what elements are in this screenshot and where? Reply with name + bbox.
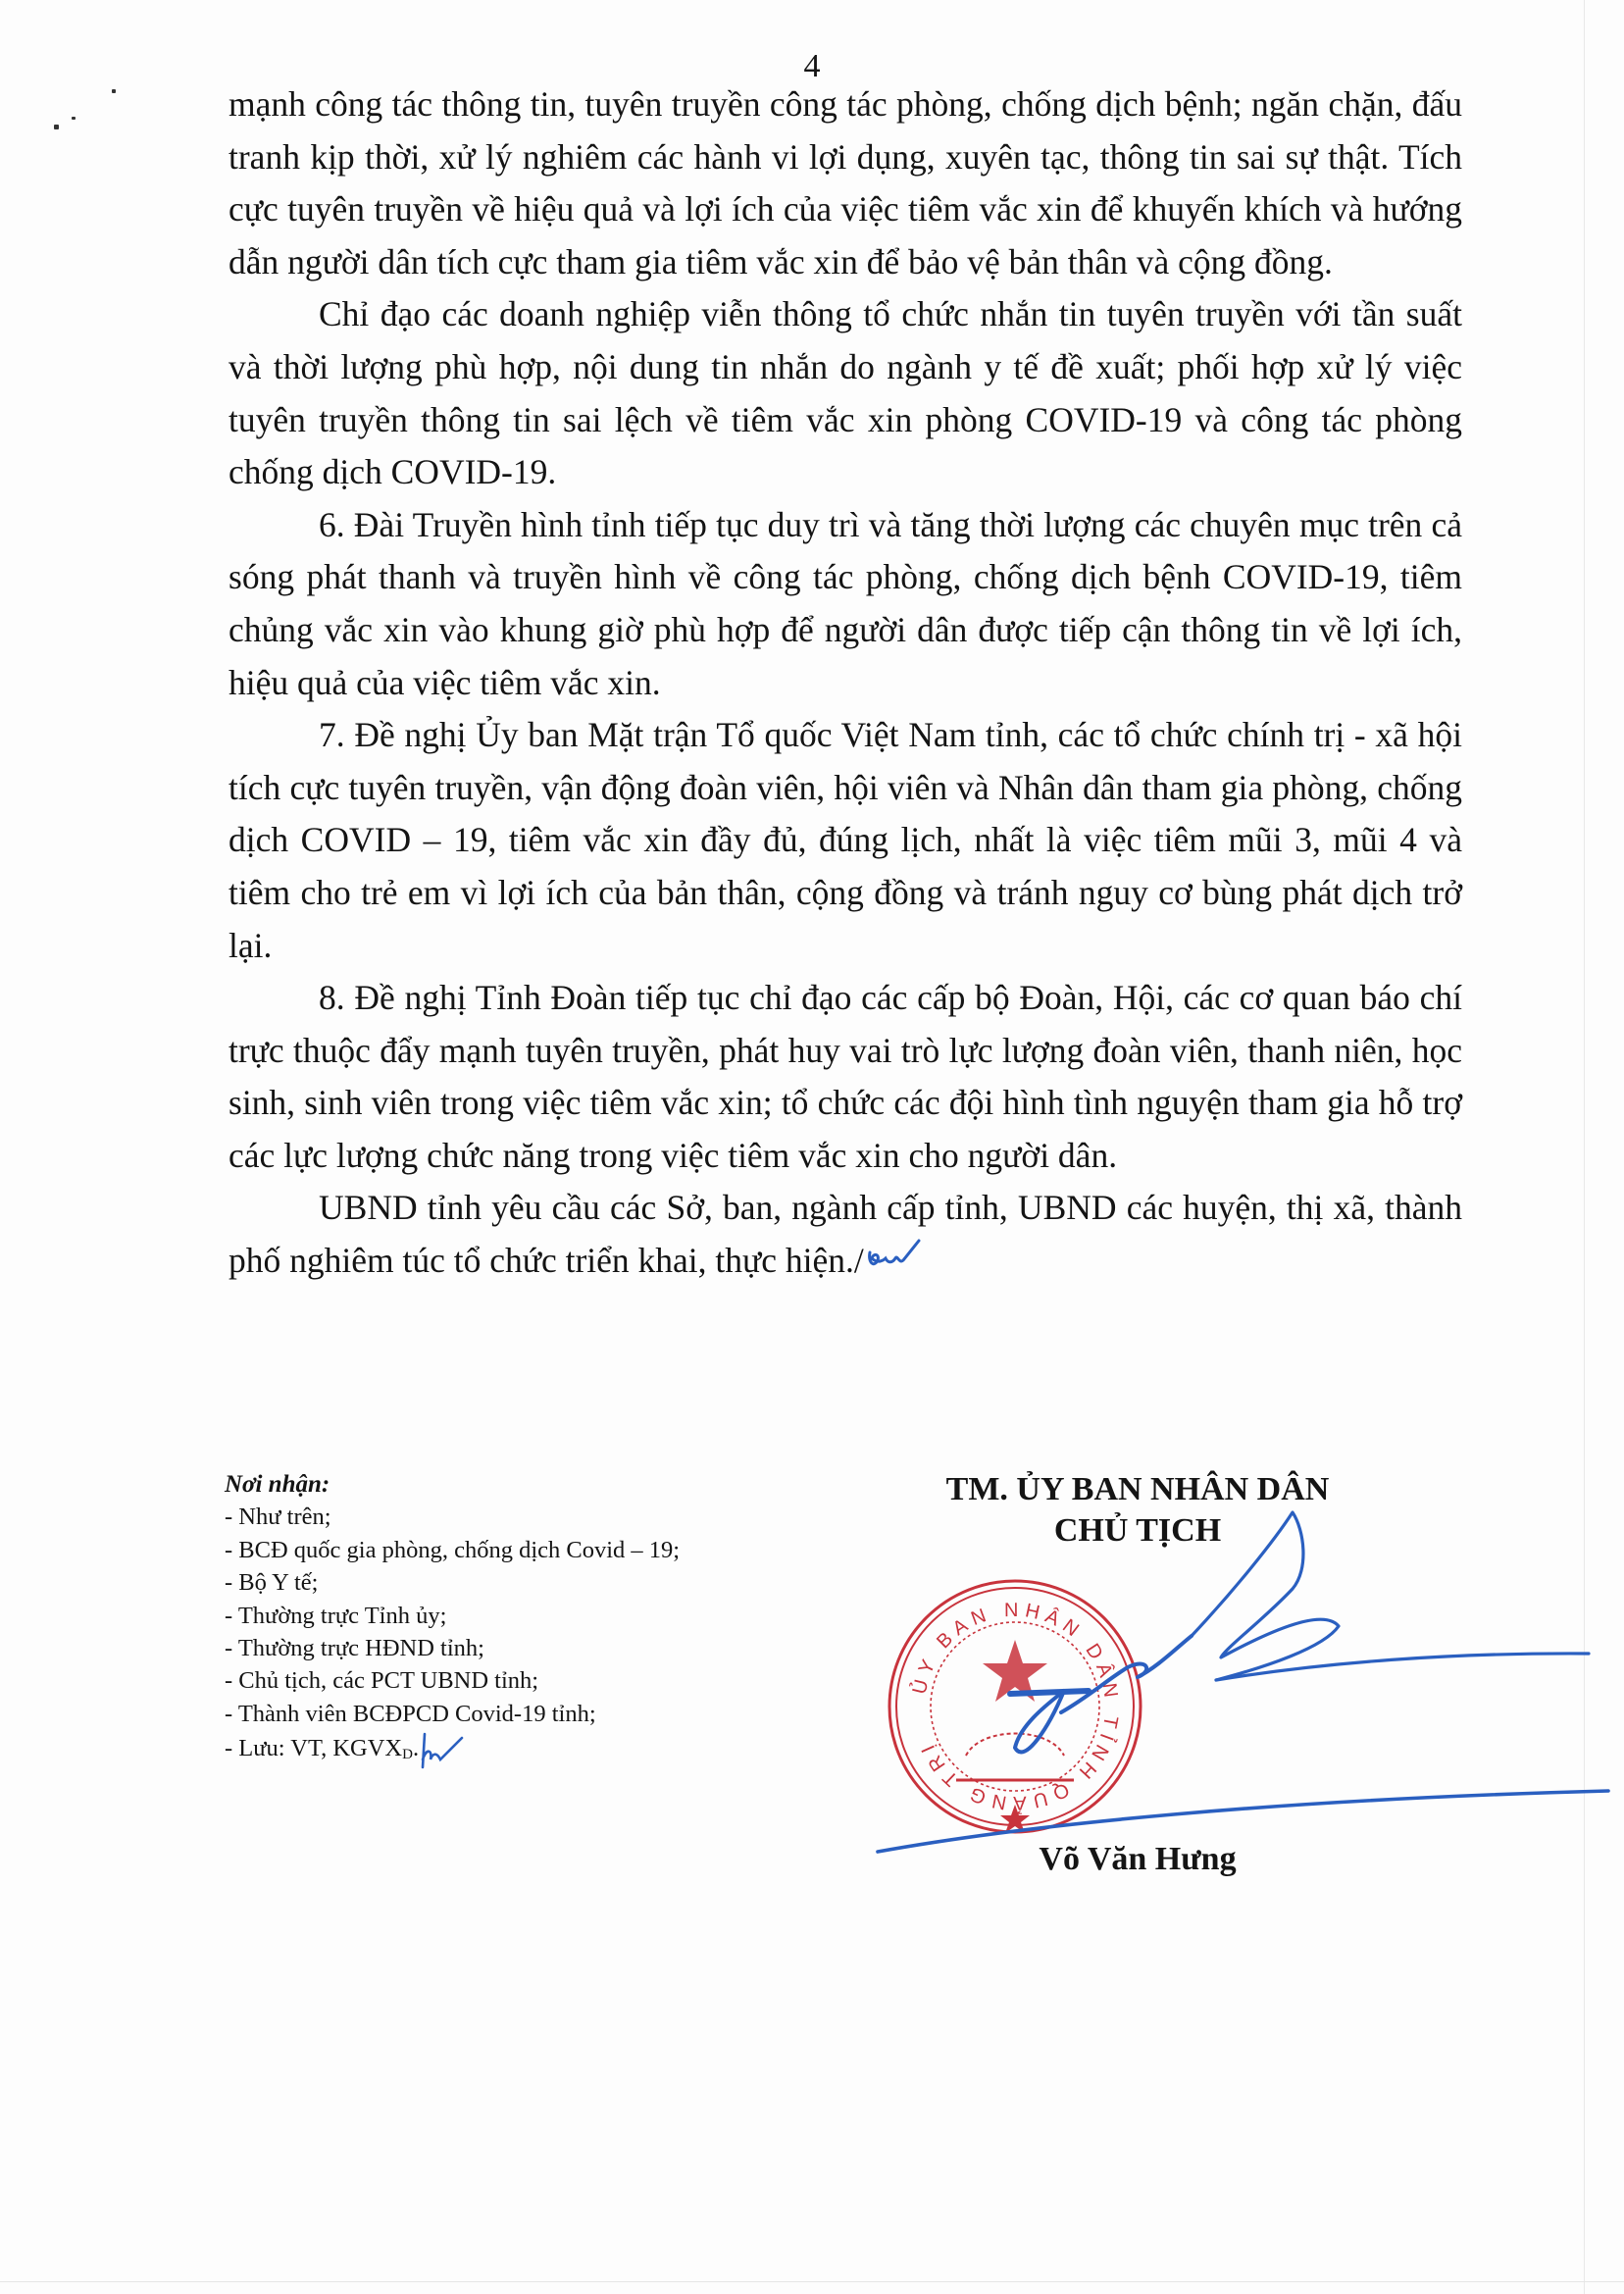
paragraph-continuation: mạnh công tác thông tin, tuyên truyền cô… — [228, 78, 1462, 288]
recipient-item: - Thường trực HĐND tỉnh; — [225, 1632, 852, 1664]
paragraph-item-6: 6. Đài Truyền hình tỉnh tiếp tục duy trì… — [228, 499, 1462, 709]
document-body: mạnh công tác thông tin, tuyên truyền cô… — [228, 78, 1462, 1288]
signature-title-block: TM. ỦY BAN NHÂN DÂN CHỦ TỊCH — [863, 1469, 1412, 1552]
recipient-item: - BCĐ quốc gia phòng, chống dịch Covid –… — [225, 1534, 852, 1566]
recipient-item: - Như trên; — [225, 1501, 852, 1533]
signer-name: Võ Văn Hưng — [863, 1839, 1412, 1880]
handwritten-signature-icon — [878, 1512, 1608, 1852]
recipient-item: - Bộ Y tế; — [225, 1566, 852, 1599]
recipient-item: - Thành viên BCĐPCD Covid-19 tỉnh; — [225, 1698, 852, 1730]
on-behalf-label: TM. ỦY BAN NHÂN DÂN — [863, 1469, 1412, 1510]
recipient-item: - Thường trực Tỉnh ủy; — [225, 1600, 852, 1632]
signer-title: CHỦ TỊCH — [863, 1510, 1412, 1552]
paragraph-item-7: 7. Đề nghị Ủy ban Mặt trận Tổ quốc Việt … — [228, 709, 1462, 972]
scan-speck — [54, 125, 59, 129]
scan-speck — [112, 89, 116, 93]
handwritten-initial-icon — [864, 1239, 923, 1278]
recipient-item: - Chủ tịch, các PCT UBND tỉnh; — [225, 1664, 852, 1697]
official-stamp-icon: ỦY BAN NHÂN DÂN TỈNH QUẢNG TRỊ — [889, 1581, 1141, 1833]
archive-prefix: - Lưu: VT, KGVX — [225, 1735, 402, 1761]
scan-speck — [72, 117, 76, 120]
document-page: 4 mạnh công tác thông tin, tuyên truyền … — [0, 0, 1624, 2294]
recipients-list: Nơi nhận: - Như trên; - BCĐ quốc gia phò… — [225, 1468, 852, 1772]
recipients-heading: Nơi nhận: — [225, 1468, 852, 1501]
svg-text:ỦY BAN NHÂN DÂN TỈNH QUẢNG TRỊ: ỦY BAN NHÂN DÂN TỈNH QUẢNG TRỊ — [907, 1600, 1123, 1814]
scan-edge-right — [1584, 0, 1585, 2294]
recipient-archive: - Lưu: VT, KGVXD. — [225, 1730, 852, 1771]
closing-text: UBND tỉnh yêu cầu các Sở, ban, ngành cấp… — [228, 1188, 1462, 1280]
archive-subscript: D — [402, 1747, 413, 1762]
paragraph-item-8: 8. Đề nghị Tỉnh Đoàn tiếp tục chỉ đạo cá… — [228, 972, 1462, 1182]
handwritten-initial-icon — [419, 1730, 468, 1769]
scan-edge-bottom — [0, 2281, 1624, 2282]
paragraph-telecom-directive: Chỉ đạo các doanh nghiệp viễn thông tổ c… — [228, 288, 1462, 498]
paragraph-closing: UBND tỉnh yêu cầu các Sở, ban, ngành cấp… — [228, 1182, 1462, 1287]
